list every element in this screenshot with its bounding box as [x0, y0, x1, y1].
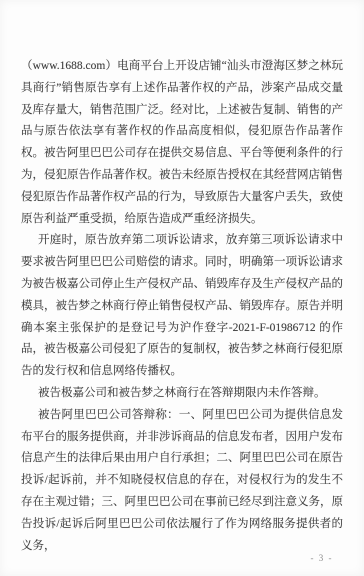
- page-number: - 3 -: [311, 553, 334, 563]
- document-body: （www.1688.com）电商平台上开设店铺“汕头市澄海区梦之林玩具商行”销售…: [21, 56, 343, 557]
- paragraph-trial-claims: 开庭时，原告放弃第二项诉讼请求，放弃第三项诉讼请求中要求被告阿里巴巴公司赔偿的请…: [21, 230, 343, 383]
- paragraph-no-defense: 被告极嘉公司和被告梦之林商行在答辩期限内未作答辩。: [21, 383, 343, 405]
- paragraph-alibaba-defense: 被告阿里巴巴公司答辩称：一、阿里巴巴公司为提供信息发布平台的服务提供商，并非涉诉…: [21, 405, 343, 558]
- document-page: （www.1688.com）电商平台上开设店铺“汕头市澄海区梦之林玩具商行”销售…: [0, 0, 364, 576]
- paragraph-continuation: （www.1688.com）电商平台上开设店铺“汕头市澄海区梦之林玩具商行”销售…: [21, 56, 343, 230]
